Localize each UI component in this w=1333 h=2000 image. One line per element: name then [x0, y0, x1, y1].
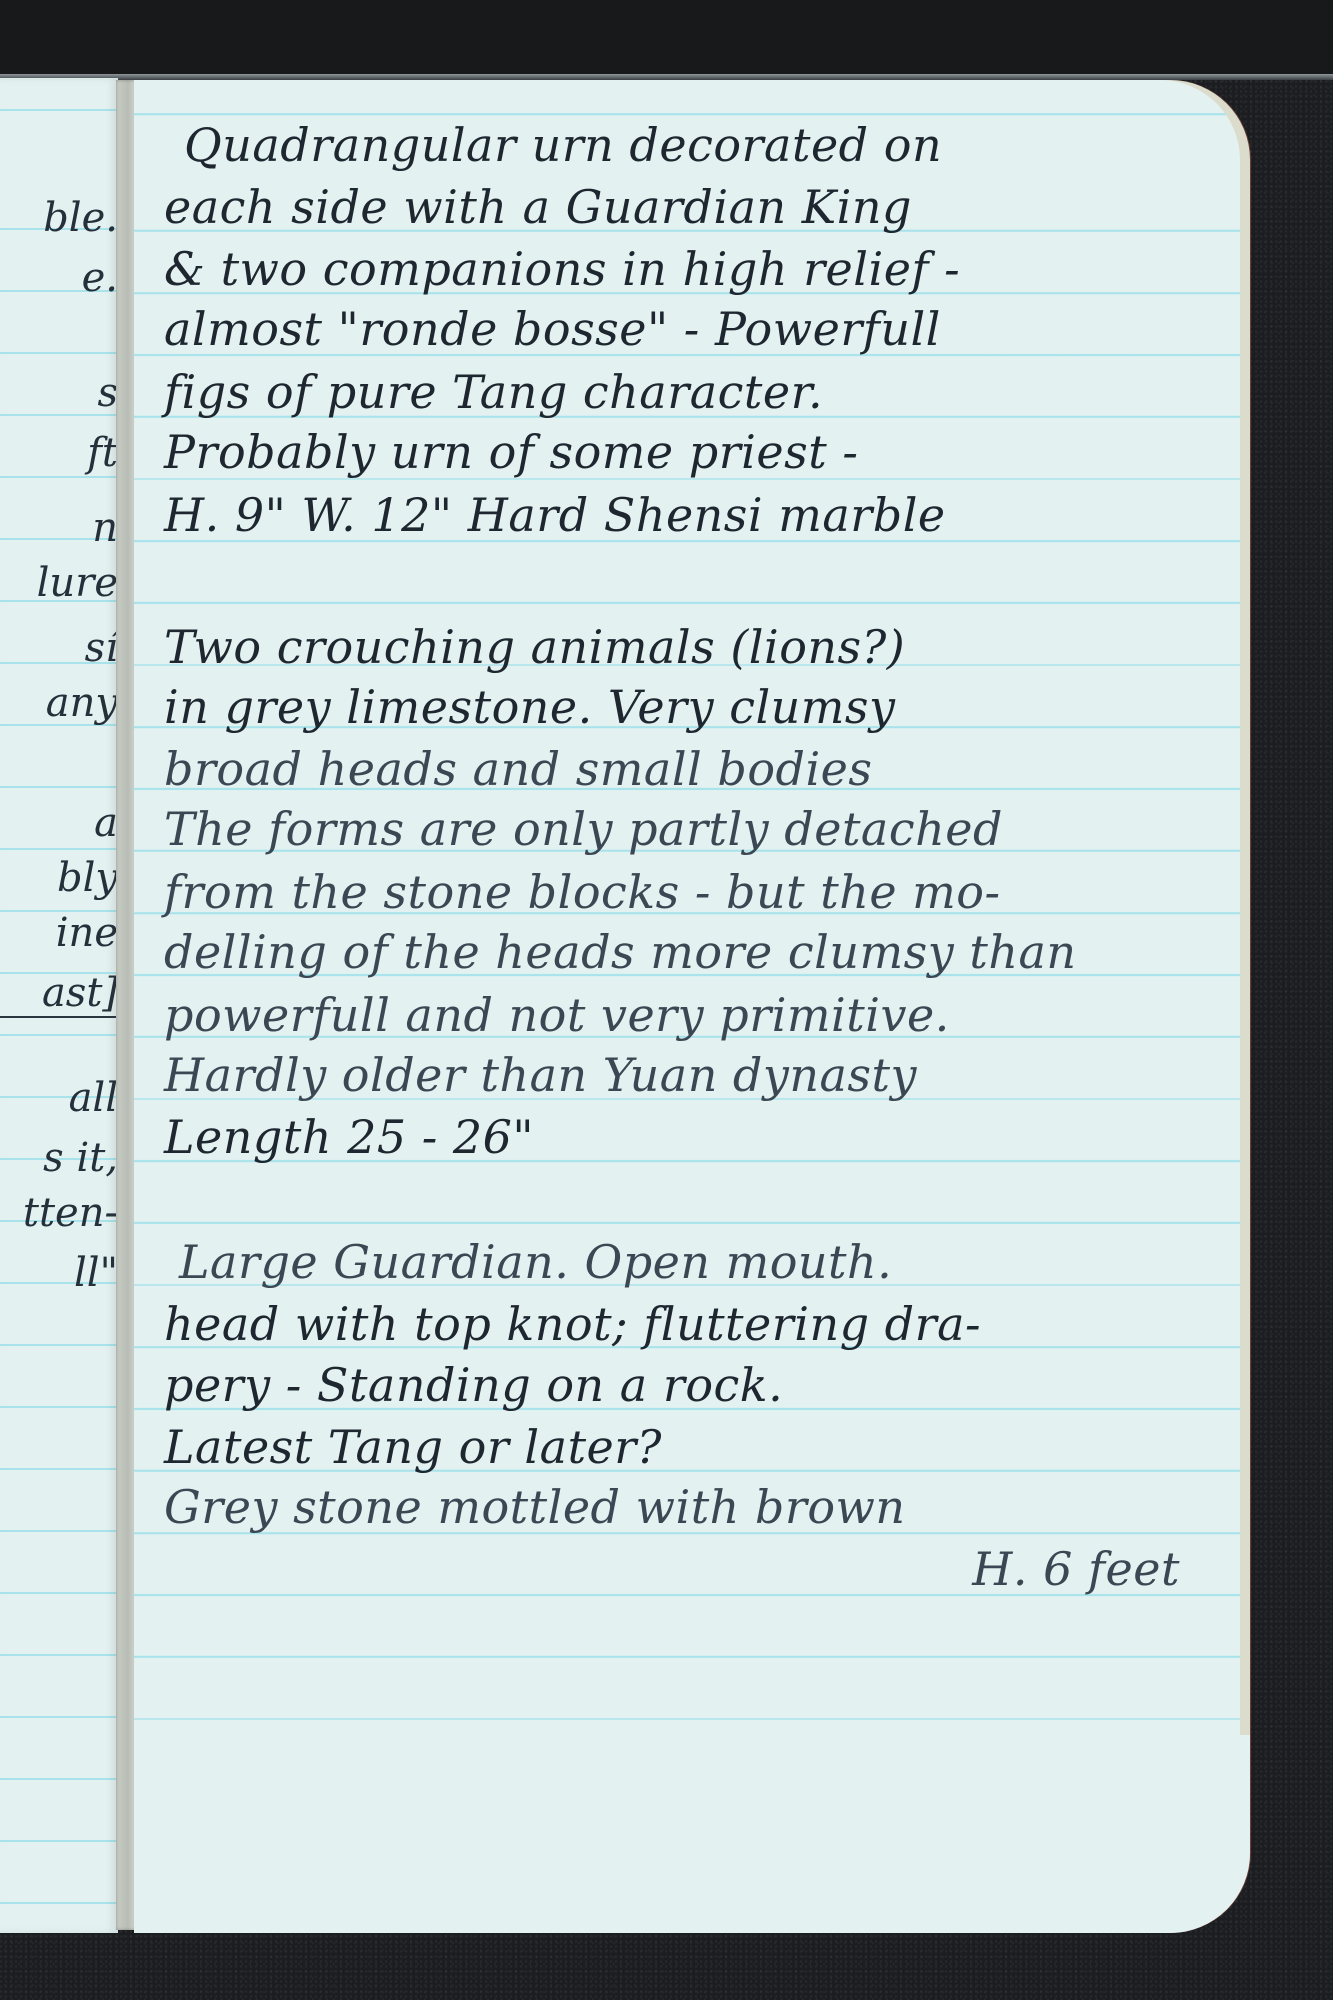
- left-fragment: ble.: [0, 195, 118, 241]
- note-line: & two companions in high relief -: [164, 242, 960, 296]
- note-line: delling of the heads more clumsy than: [164, 925, 1077, 979]
- unruled-bottom: [134, 1735, 1250, 1933]
- left-fragment: bly: [0, 855, 118, 901]
- left-fragment: ft: [0, 430, 118, 476]
- left-fragment: sí: [0, 625, 118, 671]
- right-page: Quadrangular urn decorated on each side …: [134, 80, 1250, 1933]
- backdrop: [0, 0, 1333, 78]
- left-fragment: any: [0, 680, 118, 726]
- note-line: Hardly older than Yuan dynasty: [164, 1048, 917, 1102]
- note-line: figs of pure Tang character.: [164, 365, 823, 419]
- note-line: Large Guardian. Open mouth.: [179, 1235, 892, 1289]
- left-fragment: a: [0, 800, 118, 846]
- note-line: Latest Tang or later?: [164, 1420, 662, 1474]
- left-page: ble. e. s ft n lure sí any a bly ine ast…: [0, 78, 118, 1933]
- left-fragment: ll": [0, 1250, 118, 1296]
- note-line: in grey limestone. Very clumsy: [164, 680, 896, 734]
- note-line: H. 9" W. 12" Hard Shensi marble: [164, 488, 946, 542]
- left-fragment: lure: [0, 560, 118, 606]
- note-line: powerfull and not very primitive.: [164, 988, 950, 1042]
- note-line: from the stone blocks - but the mo-: [164, 865, 1001, 919]
- left-fragment: all: [0, 1075, 118, 1121]
- note-line: Quadrangular urn decorated on: [184, 118, 942, 172]
- note-line: Probably urn of some priest -: [164, 425, 858, 479]
- left-fragment: ine: [0, 910, 118, 956]
- note-line: Length 25 - 26": [164, 1110, 534, 1164]
- note-line: Two crouching animals (lions?): [164, 620, 905, 674]
- left-fragment: s: [0, 370, 118, 416]
- note-line: pery - Standing on a rock.: [164, 1358, 783, 1412]
- left-fragment: e.: [0, 255, 118, 301]
- note-line: head with top knot; fluttering dra-: [164, 1297, 981, 1351]
- left-fragment: s it,: [0, 1135, 118, 1181]
- note-line: Grey stone mottled with brown: [164, 1480, 906, 1534]
- left-fragment: ast]: [0, 970, 118, 1018]
- note-line: almost "ronde bosse" - Powerfull: [164, 302, 941, 356]
- notebook-gutter: [116, 80, 136, 1930]
- left-fragment: tten-: [0, 1190, 118, 1236]
- height-annotation: H. 6 feet: [972, 1542, 1180, 1596]
- note-line: each side with a Guardian King: [164, 180, 912, 234]
- note-line: The forms are only partly detached: [164, 802, 1003, 856]
- note-line: broad heads and small bodies: [164, 742, 873, 796]
- left-fragment: n: [0, 505, 118, 551]
